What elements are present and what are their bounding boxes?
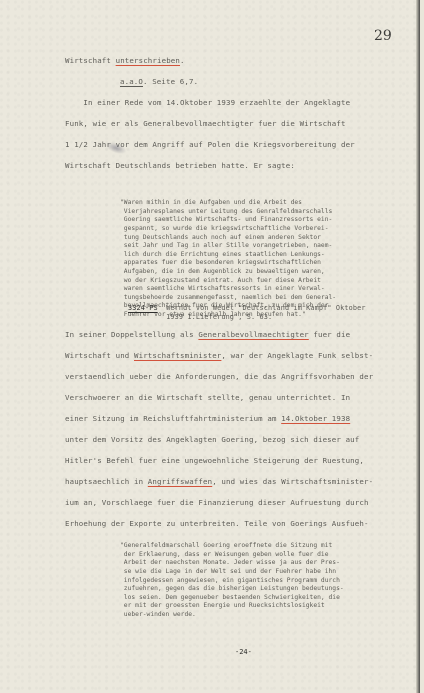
text-line: verstaendlich ueber die Anforderungen, d…: [65, 372, 373, 381]
text-line: Wirtschaft unterschrieben.: [65, 56, 185, 65]
text-line: In einer Rede vom 14.Oktober 1939 erzaeh…: [65, 98, 350, 107]
reference-line: 3324-PS Werndt von Wedel "Deutschland im…: [128, 304, 366, 312]
text-line: In seiner Doppelstellung als Generalbevo…: [65, 330, 350, 339]
document-page: 29 Wirtschaft unterschrieben. a.a.O. Sei…: [0, 0, 420, 693]
text-line: unter dem Vorsitz des Angeklagten Goerin…: [65, 435, 359, 444]
text-line: Wirtschaft Deutschlands betrieben hatte.…: [65, 161, 295, 170]
text-line: Funk, wie er als Generalbevollmaechtigte…: [65, 119, 346, 128]
footer-page-number: -24-: [235, 648, 252, 656]
text-line: Verschwoerer an die Wirtschaft stellte, …: [65, 393, 350, 402]
page-number: 29: [374, 28, 392, 44]
text-line: Hitler's Befehl fuer eine ungewoehnliche…: [65, 456, 364, 465]
text-line: ium an, Vorschlaege fuer die Finanzierun…: [65, 498, 369, 507]
reference-line: a.a.O. Seite 6,7.: [120, 77, 198, 86]
text-line: hauptsaechlich in Angriffswaffen, und wi…: [65, 477, 373, 486]
block-quote-2: "Generalfeldmarschall Goering eroeffnete…: [120, 525, 344, 637]
reference-line: 1939 1.Lieferung , S. 63.: [128, 313, 272, 321]
page-edge: [416, 0, 420, 693]
text-line: einer Sitzung im Reichsluftfahrtminister…: [65, 414, 350, 423]
text-line: Wirtschaft und Wirtschaftsminister, war …: [65, 351, 373, 360]
red-underlined-text: unterschrieben: [116, 56, 180, 65]
